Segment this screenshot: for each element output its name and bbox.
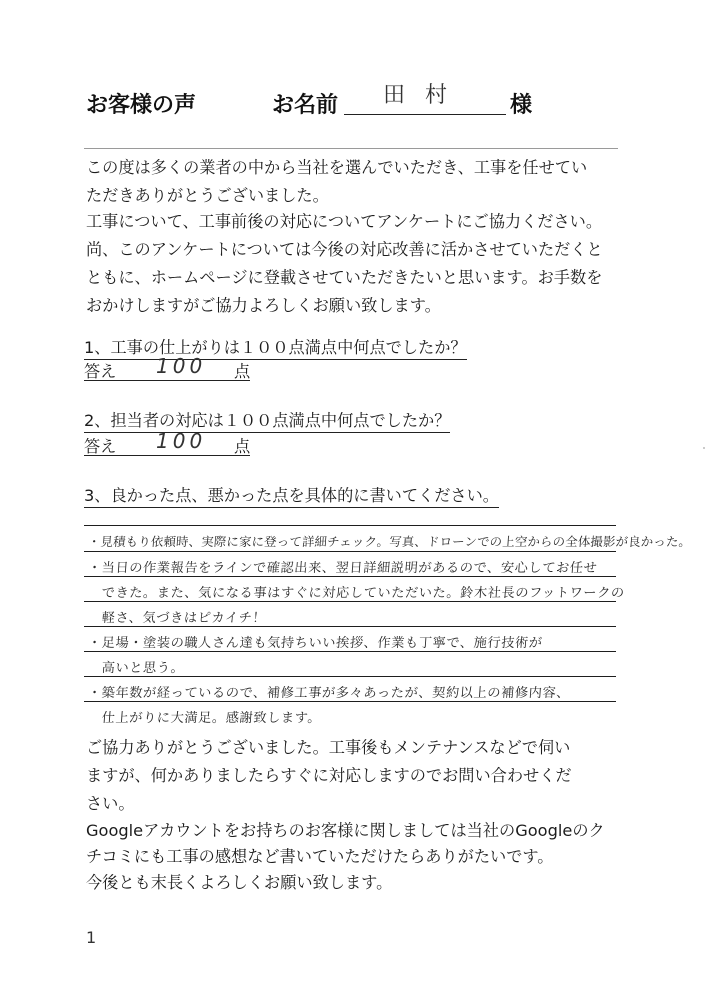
- comment-line: 高いと思う。: [87, 657, 185, 676]
- customer-name-value: 田村: [383, 78, 467, 109]
- closing-line: ご協力ありがとうございました。工事後もメンテナンスなどで伺い: [86, 734, 626, 762]
- comment-line: ・見積もり依頼時、実際に家に登って詳細チェック。写真、ドローンでの上空からの全体…: [87, 532, 691, 550]
- closing-paragraph: ご協力ありがとうございました。工事後もメンテナンスなどで伺い ますが、何かありま…: [86, 734, 626, 896]
- ruled-line: [84, 626, 616, 627]
- answer-2: 答え 100 点: [84, 431, 250, 456]
- ruled-line: [84, 701, 616, 702]
- comment-line: 軽さ、気づきはピカイチ！: [87, 607, 267, 626]
- closing-line: Googleアカウントをお持ちのお客様に関しましては当社のGoogleのク: [86, 818, 626, 844]
- page-number: 1: [86, 928, 96, 947]
- comment-box: ・見積もり依頼時、実際に家に登って詳細チェック。写真、ドローンでの上空からの全体…: [84, 500, 616, 726]
- closing-line: さい。: [86, 790, 626, 818]
- ruled-line: [84, 525, 616, 526]
- name-label: お名前: [272, 88, 338, 119]
- ruled-line: [84, 651, 616, 652]
- answer-value: 100: [156, 429, 206, 453]
- comment-line: ・足場・塗装の職人さん達も気持ちいい挨拶、作業も丁寧で、施行技術が: [87, 632, 543, 651]
- closing-line: ますが、何かありましたらすぐに対応しますのでお問い合わせくだ: [86, 762, 626, 790]
- comment-line: 仕上がりに大満足。感謝致します。: [87, 707, 322, 726]
- intro-line: この度は多くの業者の中から当社を選んでいただき、工事を任せてい: [86, 154, 626, 182]
- scan-artifact: [703, 447, 705, 449]
- closing-line: 今後とも末長くよろしくお願い致します。: [86, 870, 626, 896]
- header-divider: [84, 148, 618, 149]
- request-line: 工事について、工事前後の対応についてアンケートにご協力ください。: [86, 208, 626, 236]
- page-title: お客様の声: [86, 88, 196, 119]
- closing-line: チコミにも工事の感想など書いていただけたらありがたいです。: [86, 844, 626, 870]
- comment-line: できた。また、気になる事はすぐに対応していただいた。鈴木社長のフットワークの: [87, 582, 625, 601]
- request-line: おかけしますがご協力よろしくお願い致します。: [86, 292, 626, 320]
- request-paragraph: 工事について、工事前後の対応についてアンケートにご協力ください。 尚、このアンケ…: [86, 208, 626, 320]
- intro-paragraph: この度は多くの業者の中から当社を選んでいただき、工事を任せてい ただきありがとう…: [86, 154, 626, 210]
- honorific-label: 様: [510, 88, 532, 119]
- answer-label: 答え: [84, 433, 116, 457]
- ruled-line: [84, 601, 616, 602]
- ruled-line: [84, 551, 616, 552]
- customer-name-field: 田村: [344, 84, 506, 115]
- answer-1: 答え 100 点: [84, 356, 250, 381]
- answer-value: 100: [156, 354, 206, 378]
- request-line: ともに、ホームページに登載させていただきたいと思います。お手数を: [86, 264, 626, 292]
- question-2: 2、担当者の対応は１００点満点中何点でしたか？: [84, 407, 450, 433]
- intro-line: ただきありがとうございました。: [86, 182, 626, 210]
- ruled-line: [84, 676, 616, 677]
- answer-unit: 点: [234, 358, 250, 382]
- request-line: 尚、このアンケートについては今後の対応改善に活かさせていただくと: [86, 236, 626, 264]
- comment-line: ・当日の作業報告をラインで確認出来、翌日詳細説明があるので、安心してお任せ: [87, 557, 598, 576]
- answer-unit: 点: [234, 433, 250, 457]
- comment-line: ・築年数が経っているので、補修工事が多々あったが、契約以上の補修内容、: [87, 682, 571, 701]
- ruled-line: [84, 576, 616, 577]
- answer-label: 答え: [84, 358, 116, 382]
